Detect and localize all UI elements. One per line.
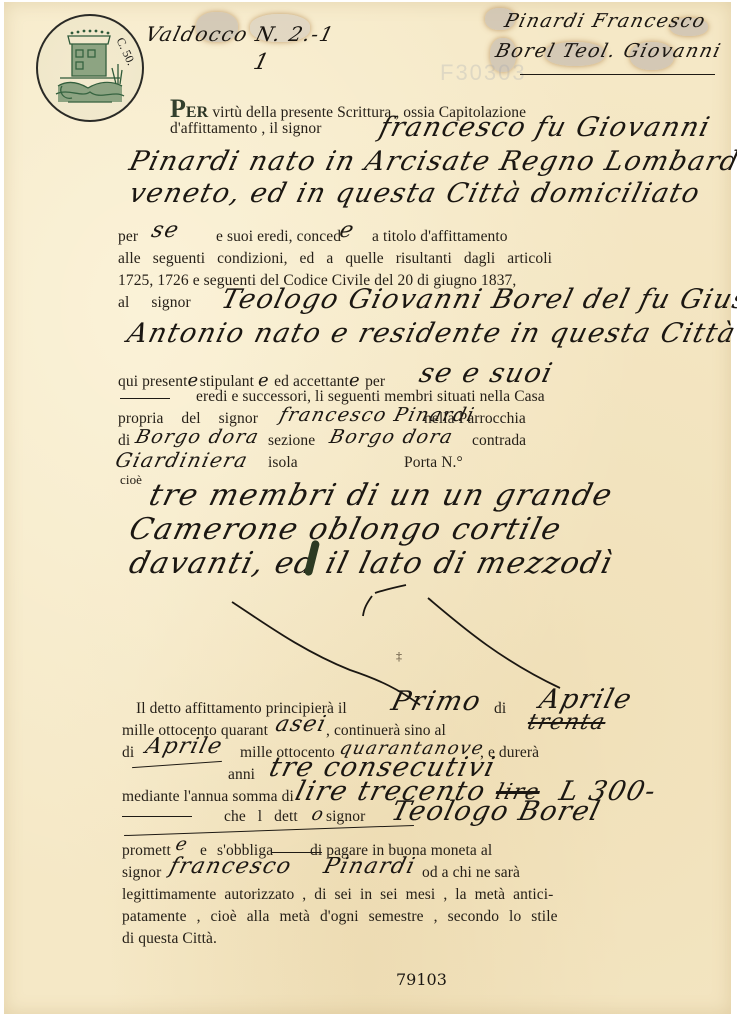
terms-line-1: legittimamente autorizzato , di sei in s…	[122, 886, 553, 904]
premises-description-1: tre membri di un un grande	[146, 478, 617, 513]
sezione-fill: Borgo dora	[327, 426, 456, 448]
conditions-line: alle seguenti condizioni, ed a quelle ri…	[118, 250, 552, 268]
end-day-fill: trenta	[525, 710, 609, 735]
svg-text:‡: ‡	[396, 649, 402, 663]
terms-line-2: patamente , cioè alla metà d'ogni semest…	[122, 908, 558, 926]
per-label: per	[118, 228, 138, 246]
annotation-underline	[520, 74, 715, 75]
premises-description-2: Camerone oblongo cortile	[126, 512, 566, 547]
titolo-text: a titolo d'affittamento	[372, 228, 508, 246]
terms-line-3: di questa Città.	[122, 930, 217, 948]
party-annotation-1: Pinardi Francesco	[502, 10, 708, 32]
premises-description-3: davanti, ed il lato di mezzodì	[126, 546, 617, 581]
small-caps: ER	[186, 104, 208, 121]
al-signor-label: al signor	[118, 294, 191, 312]
conced-text: e suoi eredi, conced	[216, 228, 341, 246]
lessor-origin: Pinardi nato in Arcisate Regno Lombardo	[126, 146, 737, 177]
lessee-origin: Antonio nato e residente in questa Città	[124, 318, 737, 349]
payer-label-a: che l dett	[224, 808, 298, 826]
lessor-name: francesco fu Giovanni	[376, 112, 714, 143]
per-heirs-fill: se e suoi	[416, 358, 556, 389]
payer-fill: Teologo Borel	[388, 796, 604, 827]
intro-line-2: d'affittamento , il signor	[170, 120, 321, 138]
location-annotation: Valdocco N. 2.-1	[143, 22, 337, 46]
porta-label: Porta N.°	[404, 454, 463, 472]
di-label-2: di	[122, 744, 134, 762]
parrocchia-fill: Borgo dora	[133, 426, 262, 448]
contrada-fill: Giardiniera	[113, 448, 251, 472]
anni-label: anni	[228, 766, 255, 784]
qui-present-text: qui present	[118, 373, 188, 390]
party-annotation-2: Borel Teol. Giovanni	[493, 40, 724, 62]
ghost-stamp-text: F30303	[440, 60, 527, 86]
di-month-label: di	[494, 700, 506, 718]
start-year-fill: asei	[273, 712, 330, 737]
payee-label: signor	[122, 864, 161, 882]
payee-fill: francesco Pinardi	[167, 854, 419, 879]
lessee-name: Teologo Giovanni Borel del fu Gius.	[218, 284, 737, 315]
promise-label: promett	[122, 842, 171, 860]
blank-line	[122, 816, 192, 817]
sezione-label: sezione	[268, 432, 315, 450]
lessor-residence: veneto, ed in questa Città domiciliato	[126, 178, 704, 209]
cioe-label: cioè	[120, 472, 142, 488]
coat-of-arms-icon	[38, 16, 142, 120]
isola-label: isola	[268, 454, 298, 472]
end-month-fill: Aprile	[143, 734, 226, 759]
authorized-label: od a chi ne sarà	[422, 864, 520, 882]
archive-number: 79103	[396, 970, 447, 989]
payer-label-b: signor	[326, 808, 365, 826]
blank-line	[120, 398, 170, 399]
drop-cap: P	[170, 94, 186, 123]
rent-label: mediante l'annua somma di	[122, 788, 294, 806]
official-seal: C. 50.	[36, 14, 144, 122]
contrada-label: contrada	[472, 432, 526, 450]
start-day-fill: Primo	[388, 686, 485, 717]
